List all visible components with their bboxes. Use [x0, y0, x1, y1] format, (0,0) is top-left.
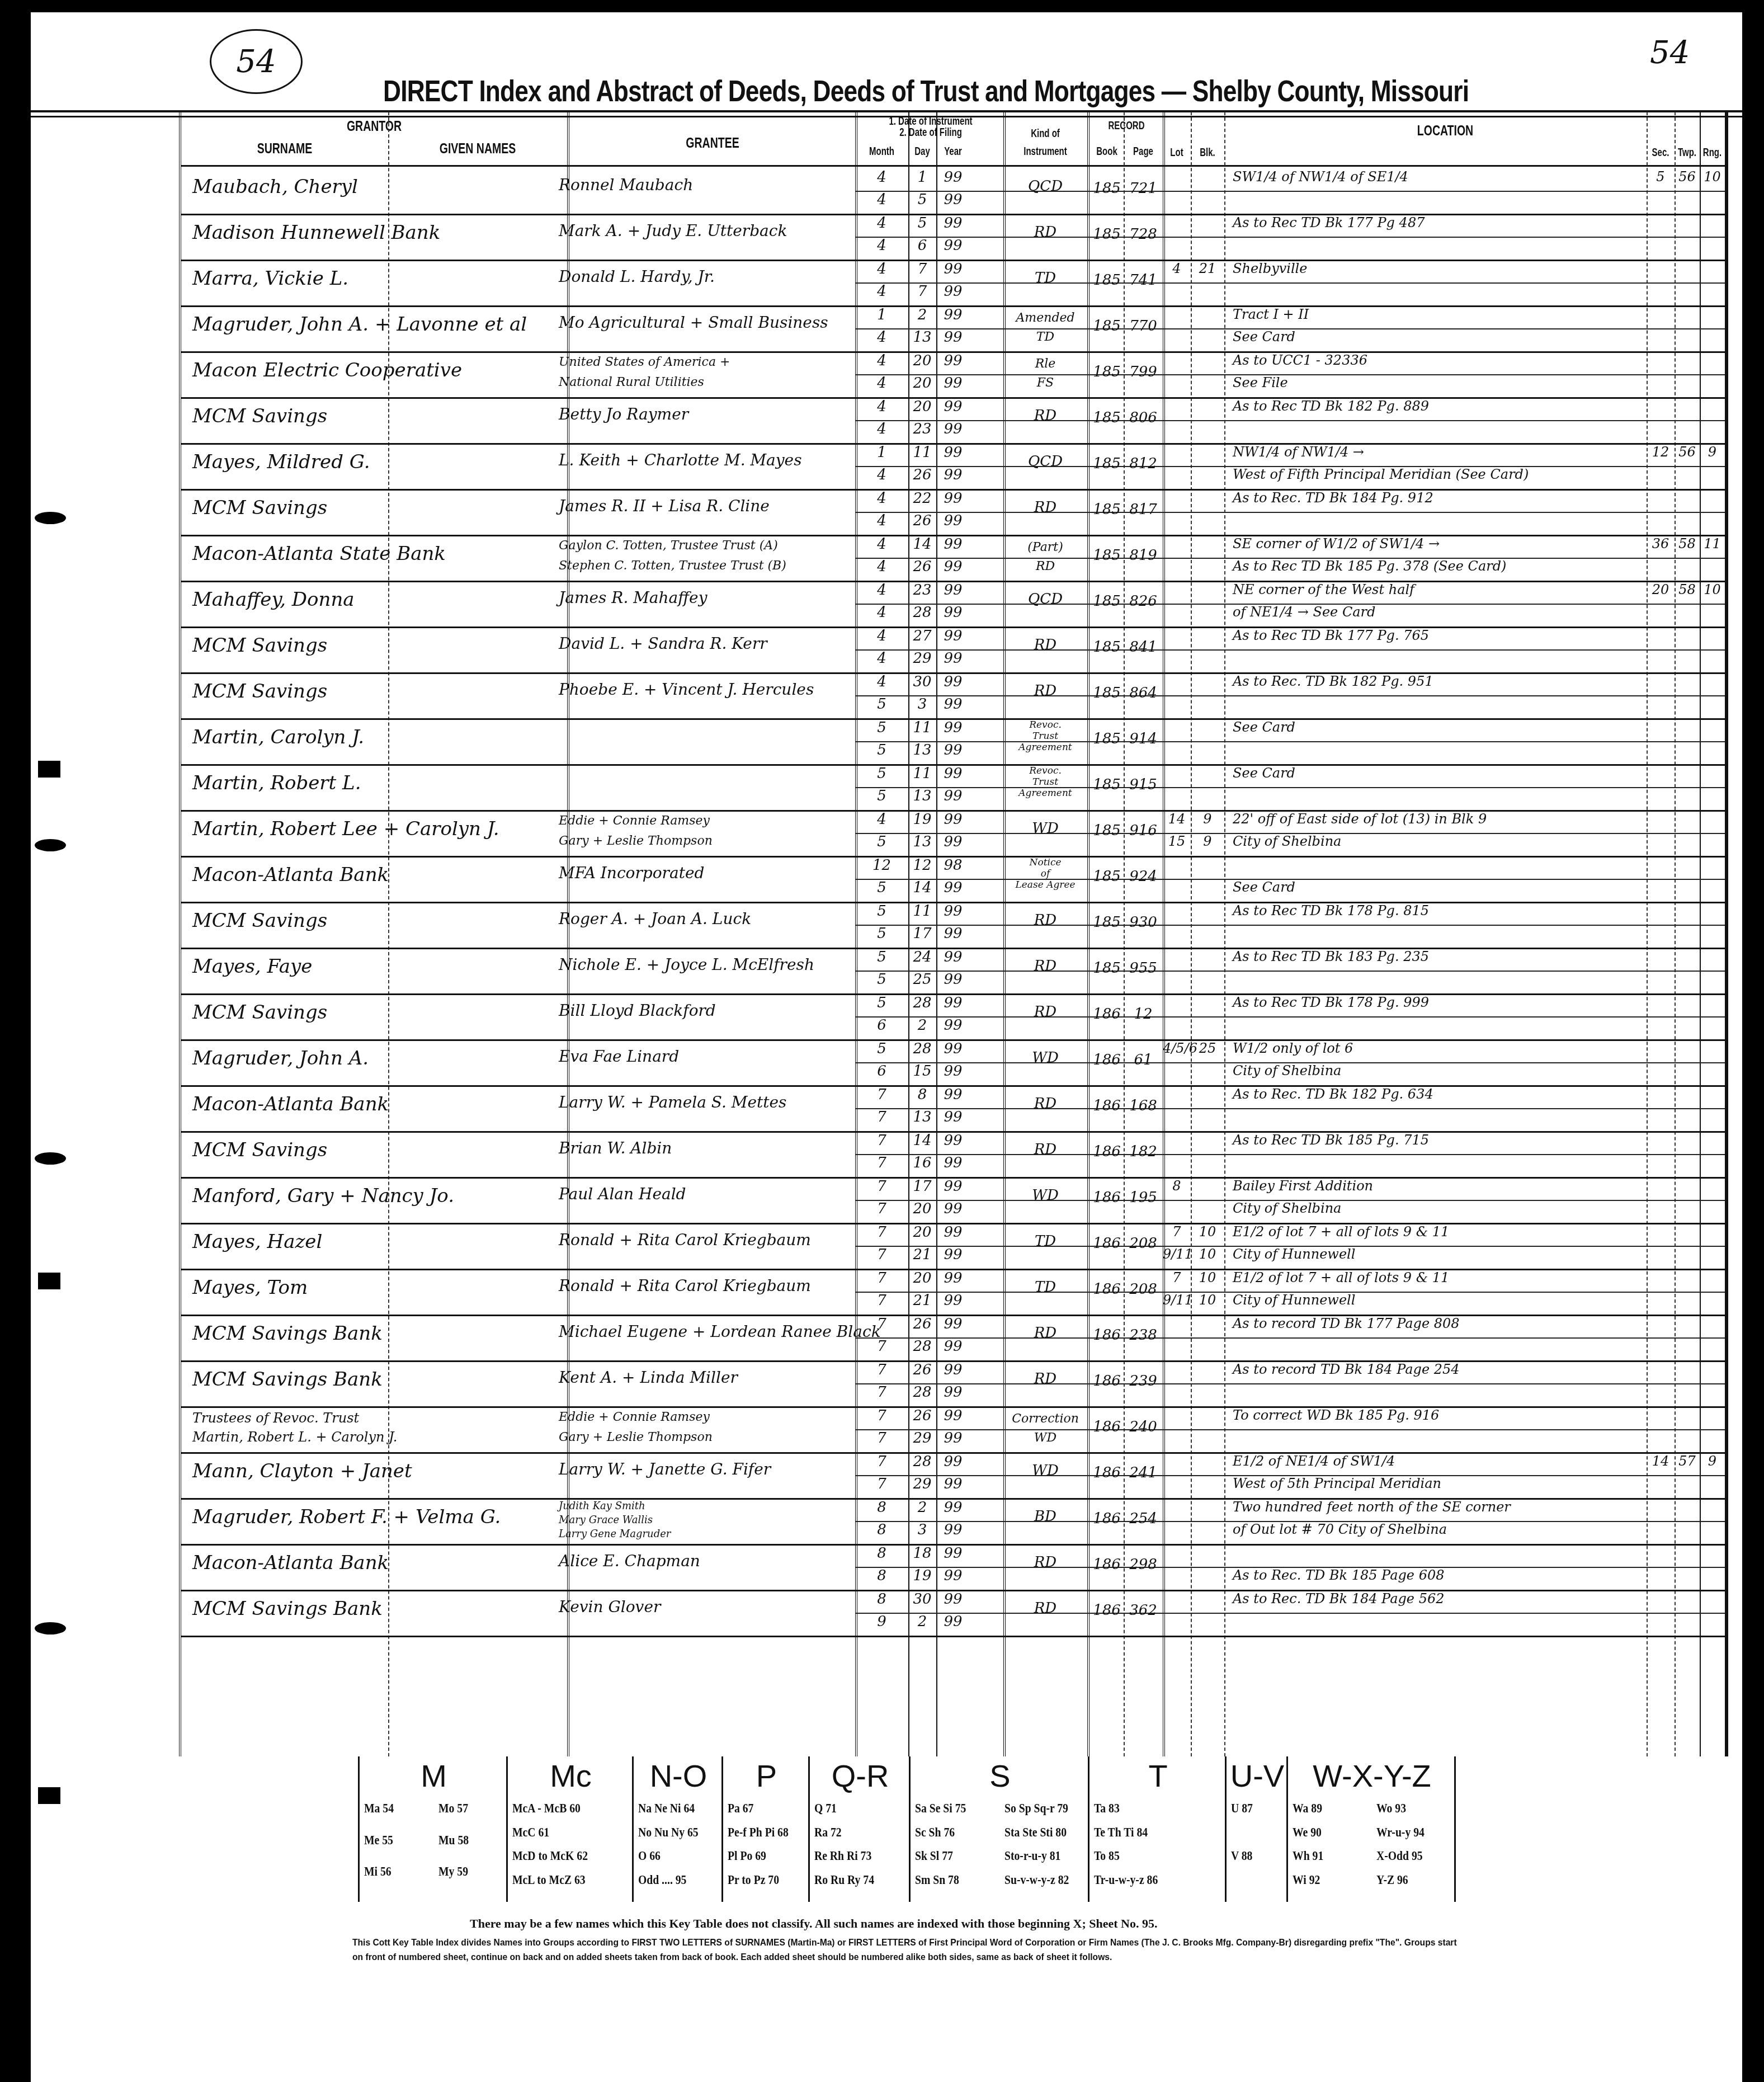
instrument-kind: TD — [1003, 1235, 1087, 1247]
grantee-name: David L. + Sandra R. Kerr — [559, 634, 767, 653]
key-entry: Ro Ru Ry 74 — [814, 1873, 874, 1888]
key-entry: Ta 83 — [1094, 1801, 1120, 1816]
grantor-name: Marra, Vickie L. — [192, 267, 348, 290]
filing-year: 99 — [936, 1430, 970, 1447]
record-page: 817 — [1124, 501, 1163, 518]
grantor-name: Trustees of Revoc. Trust Martin, Robert … — [192, 1409, 397, 1447]
record-page: 819 — [1124, 547, 1163, 564]
filing-year: 99 — [936, 742, 970, 759]
lot: 15 — [1163, 833, 1191, 849]
instrument-day: 11 — [908, 765, 936, 782]
record-book: 185 — [1090, 318, 1124, 335]
row-subdivider — [855, 282, 1725, 284]
filing-day: 2 — [908, 1017, 936, 1034]
row-subdivider — [855, 1383, 1725, 1384]
instrument-month: 4 — [855, 628, 908, 644]
record-page: 924 — [1124, 868, 1163, 885]
key-entry: Tr-u-w-y-z 86 — [1094, 1873, 1158, 1888]
location-line-2: City of Shelbina — [1233, 1200, 1341, 1216]
record-page: 208 — [1124, 1281, 1163, 1298]
filing-day: 26 — [908, 512, 936, 529]
record-page: 728 — [1124, 226, 1163, 243]
row-subdivider — [855, 1613, 1725, 1614]
block: 10 — [1191, 1246, 1224, 1262]
table-row: Manford, Gary + Nancy Jo.Paul Alan Heald… — [181, 1177, 1725, 1224]
instrument-year: 99 — [936, 1362, 970, 1378]
instrument-day: 26 — [908, 1407, 936, 1424]
instrument-kind: Notice of Lease Agree — [1003, 857, 1087, 891]
filing-day: 17 — [908, 925, 936, 942]
row-subdivider — [855, 695, 1725, 696]
key-entry: Wa 89 — [1293, 1801, 1322, 1816]
grantee-name: Alice E. Chapman — [559, 1552, 700, 1570]
grantor-name: MCM Savings — [192, 680, 327, 703]
instrument-year: 99 — [936, 536, 970, 553]
instrument-day: 12 — [908, 857, 936, 874]
instrument-year: 99 — [936, 215, 970, 232]
grantor-name: Martin, Robert L. — [192, 772, 361, 794]
key-entry: Te Th Ti 84 — [1094, 1825, 1148, 1840]
grantee-name: Paul Alan Heald — [559, 1185, 686, 1203]
instrument-kind: BD — [1003, 1510, 1087, 1523]
filing-day: 13 — [908, 329, 936, 346]
filing-day: 3 — [908, 696, 936, 713]
filing-day: 20 — [908, 1200, 936, 1217]
record-book: 186 — [1090, 1006, 1124, 1023]
filing-year: 99 — [936, 1292, 970, 1309]
grantor-name: Macon-Atlanta Bank — [192, 864, 389, 886]
instrument-month: 8 — [855, 1499, 908, 1516]
instrument-kind: RD — [1003, 914, 1087, 926]
range: 10 — [1700, 582, 1725, 597]
binder-hole-icon — [38, 1273, 60, 1289]
grantee-name: Larry W. + Janette G. Fifer — [559, 1460, 771, 1478]
filing-day: 13 — [908, 1109, 936, 1125]
filing-year: 99 — [936, 375, 970, 392]
grantor-name: Macon Electric Cooperative — [192, 359, 462, 381]
table-row: Mayes, Mildred G.L. Keith + Charlotte M.… — [181, 443, 1725, 491]
grantor-name: Martin, Robert Lee + Carolyn J. — [192, 818, 499, 840]
grantee-name: James R. Mahaffey — [559, 588, 708, 607]
page-title: DIRECT Index and Abstract of Deeds, Deed… — [383, 74, 1346, 109]
block: 9 — [1191, 833, 1224, 849]
instrument-kind: RD — [1003, 639, 1087, 651]
filing-month: 4 — [855, 375, 908, 392]
filing-month: 9 — [855, 1613, 908, 1630]
key-entry: Pa 67 — [728, 1801, 753, 1816]
instrument-month: 5 — [855, 1040, 908, 1057]
key-entry: Sc Sh 76 — [915, 1825, 955, 1840]
header-given-names: GIVEN NAMES — [411, 140, 545, 157]
record-page: 916 — [1124, 822, 1163, 839]
instrument-day: 28 — [908, 1040, 936, 1057]
location-line-1: As to Rec TD Bk 178 Pg. 815 — [1233, 903, 1429, 918]
instrument-year: 99 — [936, 444, 970, 461]
location-line-1: See Card — [1233, 719, 1295, 735]
location-line-2: As to Rec TD Bk 185 Pg. 378 (See Card) — [1233, 558, 1506, 574]
key-entry: Pr to Pz 70 — [728, 1873, 779, 1888]
table-row: MCM SavingsPhoebe E. + Vincent J. Hercul… — [181, 672, 1725, 720]
table-row: Madison Hunnewell BankMark A. + Judy E. … — [181, 214, 1725, 261]
key-table: MMa 54Me 55Mi 56Mo 57Mu 58My 59McMcA - M… — [358, 1756, 1521, 1913]
township: 56 — [1675, 444, 1700, 460]
footer-instructions: This Cott Key Table Index divides Names … — [352, 1935, 1464, 1965]
circled-page-number: 54 — [210, 29, 303, 94]
lot: 7 — [1163, 1270, 1191, 1285]
key-entry: We 90 — [1293, 1825, 1322, 1840]
key-entry: Sk Sl 77 — [915, 1849, 953, 1864]
block: 25 — [1191, 1040, 1224, 1056]
instrument-month: 4 — [855, 582, 908, 599]
instrument-month: 1 — [855, 307, 908, 323]
table-row: MCM Savings BankKevin Glover830999299RD1… — [181, 1590, 1725, 1637]
key-entry: Mo 57 — [438, 1801, 468, 1816]
row-subdivider — [855, 1108, 1725, 1109]
filing-month: 4 — [855, 650, 908, 667]
grantor-name: Macon-Atlanta State Bank — [192, 543, 446, 565]
location-line-1: W1/2 only of lot 6 — [1233, 1040, 1353, 1056]
instrument-day: 22 — [908, 490, 936, 507]
block: 10 — [1191, 1224, 1224, 1240]
location-line-2: See File — [1233, 375, 1288, 390]
instrument-year: 99 — [936, 1086, 970, 1103]
instrument-year: 99 — [936, 1453, 970, 1470]
filing-day: 25 — [908, 971, 936, 988]
record-book: 185 — [1090, 364, 1124, 380]
table-row: MCM SavingsBetty Jo Raymer4209942399RD18… — [181, 397, 1725, 445]
key-entry: O 66 — [638, 1849, 661, 1864]
key-entry: Mi 56 — [364, 1864, 392, 1880]
location-line-1: As to Rec TD Bk 185 Pg. 715 — [1233, 1132, 1429, 1148]
key-group-w-x-y-z: W-X-Y-ZWa 89We 90Wh 91Wi 92Wo 93Wr-u-y 9… — [1286, 1756, 1456, 1902]
filing-day: 21 — [908, 1246, 936, 1263]
instrument-month: 4 — [855, 398, 908, 415]
record-book: 185 — [1090, 455, 1124, 472]
key-entry: Su-v-w-y-z 82 — [1004, 1873, 1069, 1888]
location-line-1: SW1/4 of NW1/4 of SE1/4 — [1233, 169, 1408, 185]
filing-month: 7 — [855, 1338, 908, 1355]
instrument-kind: Revoc. Trust Agreement — [1003, 765, 1087, 799]
grantee-name: Eva Fae Linard — [559, 1047, 679, 1066]
header-rule — [181, 165, 1725, 167]
instrument-day: 28 — [908, 995, 936, 1011]
instrument-month: 8 — [855, 1545, 908, 1562]
record-page: 826 — [1124, 593, 1163, 610]
grantor-name: Mayes, Hazel — [192, 1231, 322, 1253]
filing-month: 4 — [855, 191, 908, 208]
lot: 9/11 — [1163, 1246, 1191, 1262]
instrument-day: 14 — [908, 1132, 936, 1149]
row-subdivider — [855, 191, 1725, 192]
binder-hole-icon — [35, 1152, 66, 1165]
header-book: Book — [1095, 145, 1120, 158]
key-entry: Ma 54 — [364, 1801, 394, 1816]
key-entry: Me 55 — [364, 1833, 393, 1848]
township: 58 — [1675, 536, 1700, 552]
range: 9 — [1700, 1453, 1725, 1469]
grantor-name: Magruder, John A. + Lavonne et al — [192, 313, 527, 336]
filing-year: 99 — [936, 879, 970, 896]
grantee-name: Kent A. + Linda Miller — [559, 1368, 738, 1387]
instrument-kind: TD — [1003, 272, 1087, 284]
filing-month: 7 — [855, 1109, 908, 1125]
instrument-day: 20 — [908, 352, 936, 369]
filing-month: 4 — [855, 467, 908, 483]
key-group-s: SSa Se Si 75Sc Sh 76Sk Sl 77Sm Sn 78So S… — [909, 1756, 1089, 1902]
instrument-month: 4 — [855, 673, 908, 690]
row-subdivider — [855, 741, 1725, 742]
filing-year: 99 — [936, 1200, 970, 1217]
location-line-1: Two hundred feet north of the SE corner — [1233, 1499, 1511, 1515]
filing-day: 7 — [908, 283, 936, 300]
location-line-2: City of Shelbina — [1233, 1063, 1341, 1078]
instrument-month: 7 — [855, 1453, 908, 1470]
grantee-name: Ronald + Rita Carol Kriegbaum — [559, 1231, 811, 1249]
section: 20 — [1647, 582, 1675, 597]
record-book: 186 — [1090, 1189, 1124, 1206]
instrument-kind: Rle FS — [1003, 355, 1087, 393]
location-line-1: E1/2 of NE1/4 of SW1/4 — [1233, 1453, 1395, 1469]
key-entry: McD to McK 62 — [512, 1849, 588, 1864]
record-page: 195 — [1124, 1189, 1163, 1206]
filing-year: 99 — [936, 1613, 970, 1630]
instrument-year: 99 — [936, 1545, 970, 1562]
record-page: 741 — [1124, 272, 1163, 289]
location-line-1: Tract I + II — [1233, 307, 1309, 322]
filing-month: 4 — [855, 329, 908, 346]
filing-year: 99 — [936, 1063, 970, 1080]
filing-day: 15 — [908, 1063, 936, 1080]
grantee-name: L. Keith + Charlotte M. Mayes — [559, 451, 802, 469]
filing-year: 99 — [936, 788, 970, 804]
location-line-1: Bailey First Addition — [1233, 1178, 1373, 1194]
record-book: 185 — [1090, 639, 1124, 656]
instrument-year: 99 — [936, 169, 970, 186]
filing-month: 5 — [855, 879, 908, 896]
grantor-name: MCM Savings Bank — [192, 1368, 383, 1391]
table-row: Martin, Carolyn J.5119951399Revoc. Trust… — [181, 718, 1725, 766]
row-subdivider — [855, 925, 1725, 926]
key-entry: Pl Po 69 — [728, 1849, 766, 1864]
instrument-day: 26 — [908, 1316, 936, 1332]
row-subdivider — [855, 237, 1725, 238]
table-row: Magruder, John A. + Lavonne et alMo Agri… — [181, 305, 1725, 353]
grantor-name: Martin, Carolyn J. — [192, 726, 364, 748]
record-book: 186 — [1090, 1464, 1124, 1481]
township: 58 — [1675, 582, 1700, 597]
filing-year: 99 — [936, 650, 970, 667]
filing-day: 26 — [908, 558, 936, 575]
instrument-month: 7 — [855, 1316, 908, 1332]
lot: 8 — [1163, 1178, 1191, 1194]
filing-day: 26 — [908, 467, 936, 483]
grantee-name: Roger A. + Joan A. Luck — [559, 910, 751, 928]
instrument-kind: QCD — [1003, 455, 1087, 468]
record-page: 240 — [1124, 1419, 1163, 1435]
filing-month: 5 — [855, 833, 908, 850]
township: 57 — [1675, 1453, 1700, 1469]
block: 9 — [1191, 811, 1224, 827]
grantor-name: Macon-Atlanta Bank — [192, 1093, 389, 1115]
grantee-name: James R. II + Lisa R. Cline — [559, 497, 770, 515]
grantee-name: Donald L. Hardy, Jr. — [559, 267, 715, 286]
instrument-month: 7 — [855, 1224, 908, 1241]
instrument-day: 14 — [908, 536, 936, 553]
key-group-p: PPa 67Pe-f Ph Pi 68Pl Po 69Pr to Pz 70 — [721, 1756, 810, 1902]
key-entry: Na Ne Ni 64 — [638, 1801, 695, 1816]
table-row: Martin, Robert L.5119951399Revoc. Trust … — [181, 764, 1725, 812]
header-date-filing: 2. Date of Filing — [874, 126, 988, 139]
table-row: Mann, Clayton + JanetLarry W. + Janette … — [181, 1452, 1725, 1500]
key-table-edge — [1454, 1756, 1456, 1902]
location-line-1: As to record TD Bk 177 Page 808 — [1233, 1316, 1460, 1331]
instrument-day: 17 — [908, 1178, 936, 1195]
table-row: MCM SavingsDavid L. + Sandra R. Kerr4279… — [181, 627, 1725, 674]
instrument-kind: WD — [1003, 1189, 1087, 1202]
instrument-month: 4 — [855, 490, 908, 507]
handwritten-page-number: 54 — [1650, 35, 1690, 71]
key-entry: Sa Se Si 75 — [915, 1801, 966, 1816]
instrument-year: 99 — [936, 903, 970, 920]
grantor-name: Mayes, Tom — [192, 1276, 308, 1299]
instrument-kind: WD — [1003, 822, 1087, 835]
row-subdivider — [855, 787, 1725, 788]
instrument-year: 99 — [936, 398, 970, 415]
instrument-kind: RD — [1003, 1006, 1087, 1018]
instrument-month: 4 — [855, 215, 908, 232]
header-sec: Sec. — [1650, 147, 1671, 159]
table-row: MCM Savings BankKent A. + Linda Miller72… — [181, 1360, 1725, 1408]
filing-day: 23 — [908, 421, 936, 437]
instrument-kind: RD — [1003, 960, 1087, 972]
table-row: Magruder, Robert F. + Velma G.Judith Kay… — [181, 1498, 1725, 1546]
filing-day: 5 — [908, 191, 936, 208]
record-book: 185 — [1090, 547, 1124, 564]
filing-month: 8 — [855, 1567, 908, 1584]
instrument-kind: RD — [1003, 685, 1087, 697]
filing-day: 29 — [908, 1430, 936, 1447]
key-entry: Wr-u-y 94 — [1376, 1825, 1425, 1840]
instrument-day: 20 — [908, 1270, 936, 1287]
binder-hole-icon — [38, 761, 60, 778]
instrument-day: 11 — [908, 903, 936, 920]
record-page: 841 — [1124, 639, 1163, 656]
record-page: 362 — [1124, 1602, 1163, 1619]
grantor-name: Manford, Gary + Nancy Jo. — [192, 1185, 454, 1207]
filing-year: 99 — [936, 604, 970, 621]
instrument-year: 99 — [936, 1591, 970, 1608]
grantee-name: Ronnel Maubach — [559, 176, 693, 194]
record-page: 812 — [1124, 455, 1163, 472]
instrument-kind: RD — [1003, 1143, 1087, 1156]
filing-day: 13 — [908, 788, 936, 804]
instrument-year: 99 — [936, 1040, 970, 1057]
instrument-day: 5 — [908, 215, 936, 232]
instrument-month: 5 — [855, 719, 908, 736]
header-kind-2: Instrument — [1014, 145, 1077, 158]
header-day: Day — [912, 145, 933, 158]
filing-year: 99 — [936, 512, 970, 529]
record-page: 208 — [1124, 1235, 1163, 1252]
location-line-1: As to record TD Bk 184 Page 254 — [1233, 1362, 1460, 1377]
range: 9 — [1700, 444, 1725, 460]
record-book: 186 — [1090, 1419, 1124, 1435]
filing-month: 4 — [855, 421, 908, 437]
record-book: 185 — [1090, 822, 1124, 839]
instrument-kind: RD — [1003, 501, 1087, 514]
header-month: Month — [862, 145, 902, 158]
record-page: 254 — [1124, 1510, 1163, 1527]
filing-month: 7 — [855, 1430, 908, 1447]
filing-day: 28 — [908, 604, 936, 621]
filing-year: 99 — [936, 1384, 970, 1401]
key-entry: Ra 72 — [814, 1825, 842, 1840]
key-group-letter: U-V — [1227, 1758, 1288, 1794]
instrument-day: 27 — [908, 628, 936, 644]
grantee-name: Kevin Glover — [559, 1598, 661, 1616]
key-group-letter: P — [723, 1758, 810, 1794]
instrument-kind: RD — [1003, 1373, 1087, 1385]
key-entry: Mu 58 — [438, 1833, 469, 1848]
record-book: 186 — [1090, 1602, 1124, 1619]
key-group-m: MMa 54Me 55Mi 56Mo 57Mu 58My 59 — [358, 1756, 508, 1902]
lot: 7 — [1163, 1224, 1191, 1240]
instrument-year: 99 — [936, 719, 970, 736]
instrument-day: 1 — [908, 169, 936, 186]
grantee-name: MFA Incorporated — [559, 864, 704, 882]
instrument-day: 20 — [908, 1224, 936, 1241]
grantor-name: MCM Savings — [192, 1001, 327, 1024]
lot: 4/5/6 — [1163, 1040, 1191, 1056]
record-book: 185 — [1090, 868, 1124, 885]
record-page: 915 — [1124, 776, 1163, 793]
filing-year: 99 — [936, 421, 970, 437]
filing-day: 3 — [908, 1522, 936, 1538]
key-entry: My 59 — [438, 1864, 468, 1880]
grantor-name: MCM Savings — [192, 910, 327, 932]
record-page: 238 — [1124, 1327, 1163, 1344]
instrument-month: 7 — [855, 1270, 908, 1287]
filing-month: 5 — [855, 788, 908, 804]
key-entry: V 88 — [1231, 1849, 1252, 1864]
instrument-year: 99 — [936, 949, 970, 965]
filing-month: 7 — [855, 1200, 908, 1217]
key-table-note: There may be a few names which this Key … — [470, 1916, 1157, 1931]
record-book: 186 — [1090, 1143, 1124, 1160]
key-entry: Sta Ste Sti 80 — [1004, 1825, 1067, 1840]
instrument-kind: WD — [1003, 1464, 1087, 1477]
filing-month: 4 — [855, 604, 908, 621]
key-group-letter: Q-R — [810, 1758, 911, 1794]
block: 21 — [1191, 261, 1224, 276]
instrument-year: 99 — [936, 490, 970, 507]
instrument-month: 7 — [855, 1086, 908, 1103]
instrument-year: 99 — [936, 1270, 970, 1287]
grantor-name: Mahaffey, Donna — [192, 588, 355, 611]
record-book: 185 — [1090, 731, 1124, 747]
location-line-1: As to Rec TD Bk 183 Pg. 235 — [1233, 949, 1429, 964]
record-book: 186 — [1090, 1281, 1124, 1298]
grantee-name: Judith Kay Smith Mary Grace Wallis Larry… — [559, 1499, 671, 1541]
instrument-day: 2 — [908, 1499, 936, 1516]
location-line-1: As to Rec TD Bk 177 Pg 487 — [1233, 215, 1425, 230]
grantee-name: Phoebe E. + Vincent J. Hercules — [559, 680, 814, 699]
range: 10 — [1700, 169, 1725, 185]
table-row: Maubach, CherylRonnel Maubach41994599QCD… — [181, 168, 1725, 215]
instrument-day: 11 — [908, 719, 936, 736]
key-entry: X-Odd 95 — [1376, 1849, 1423, 1864]
filing-day: 13 — [908, 742, 936, 759]
